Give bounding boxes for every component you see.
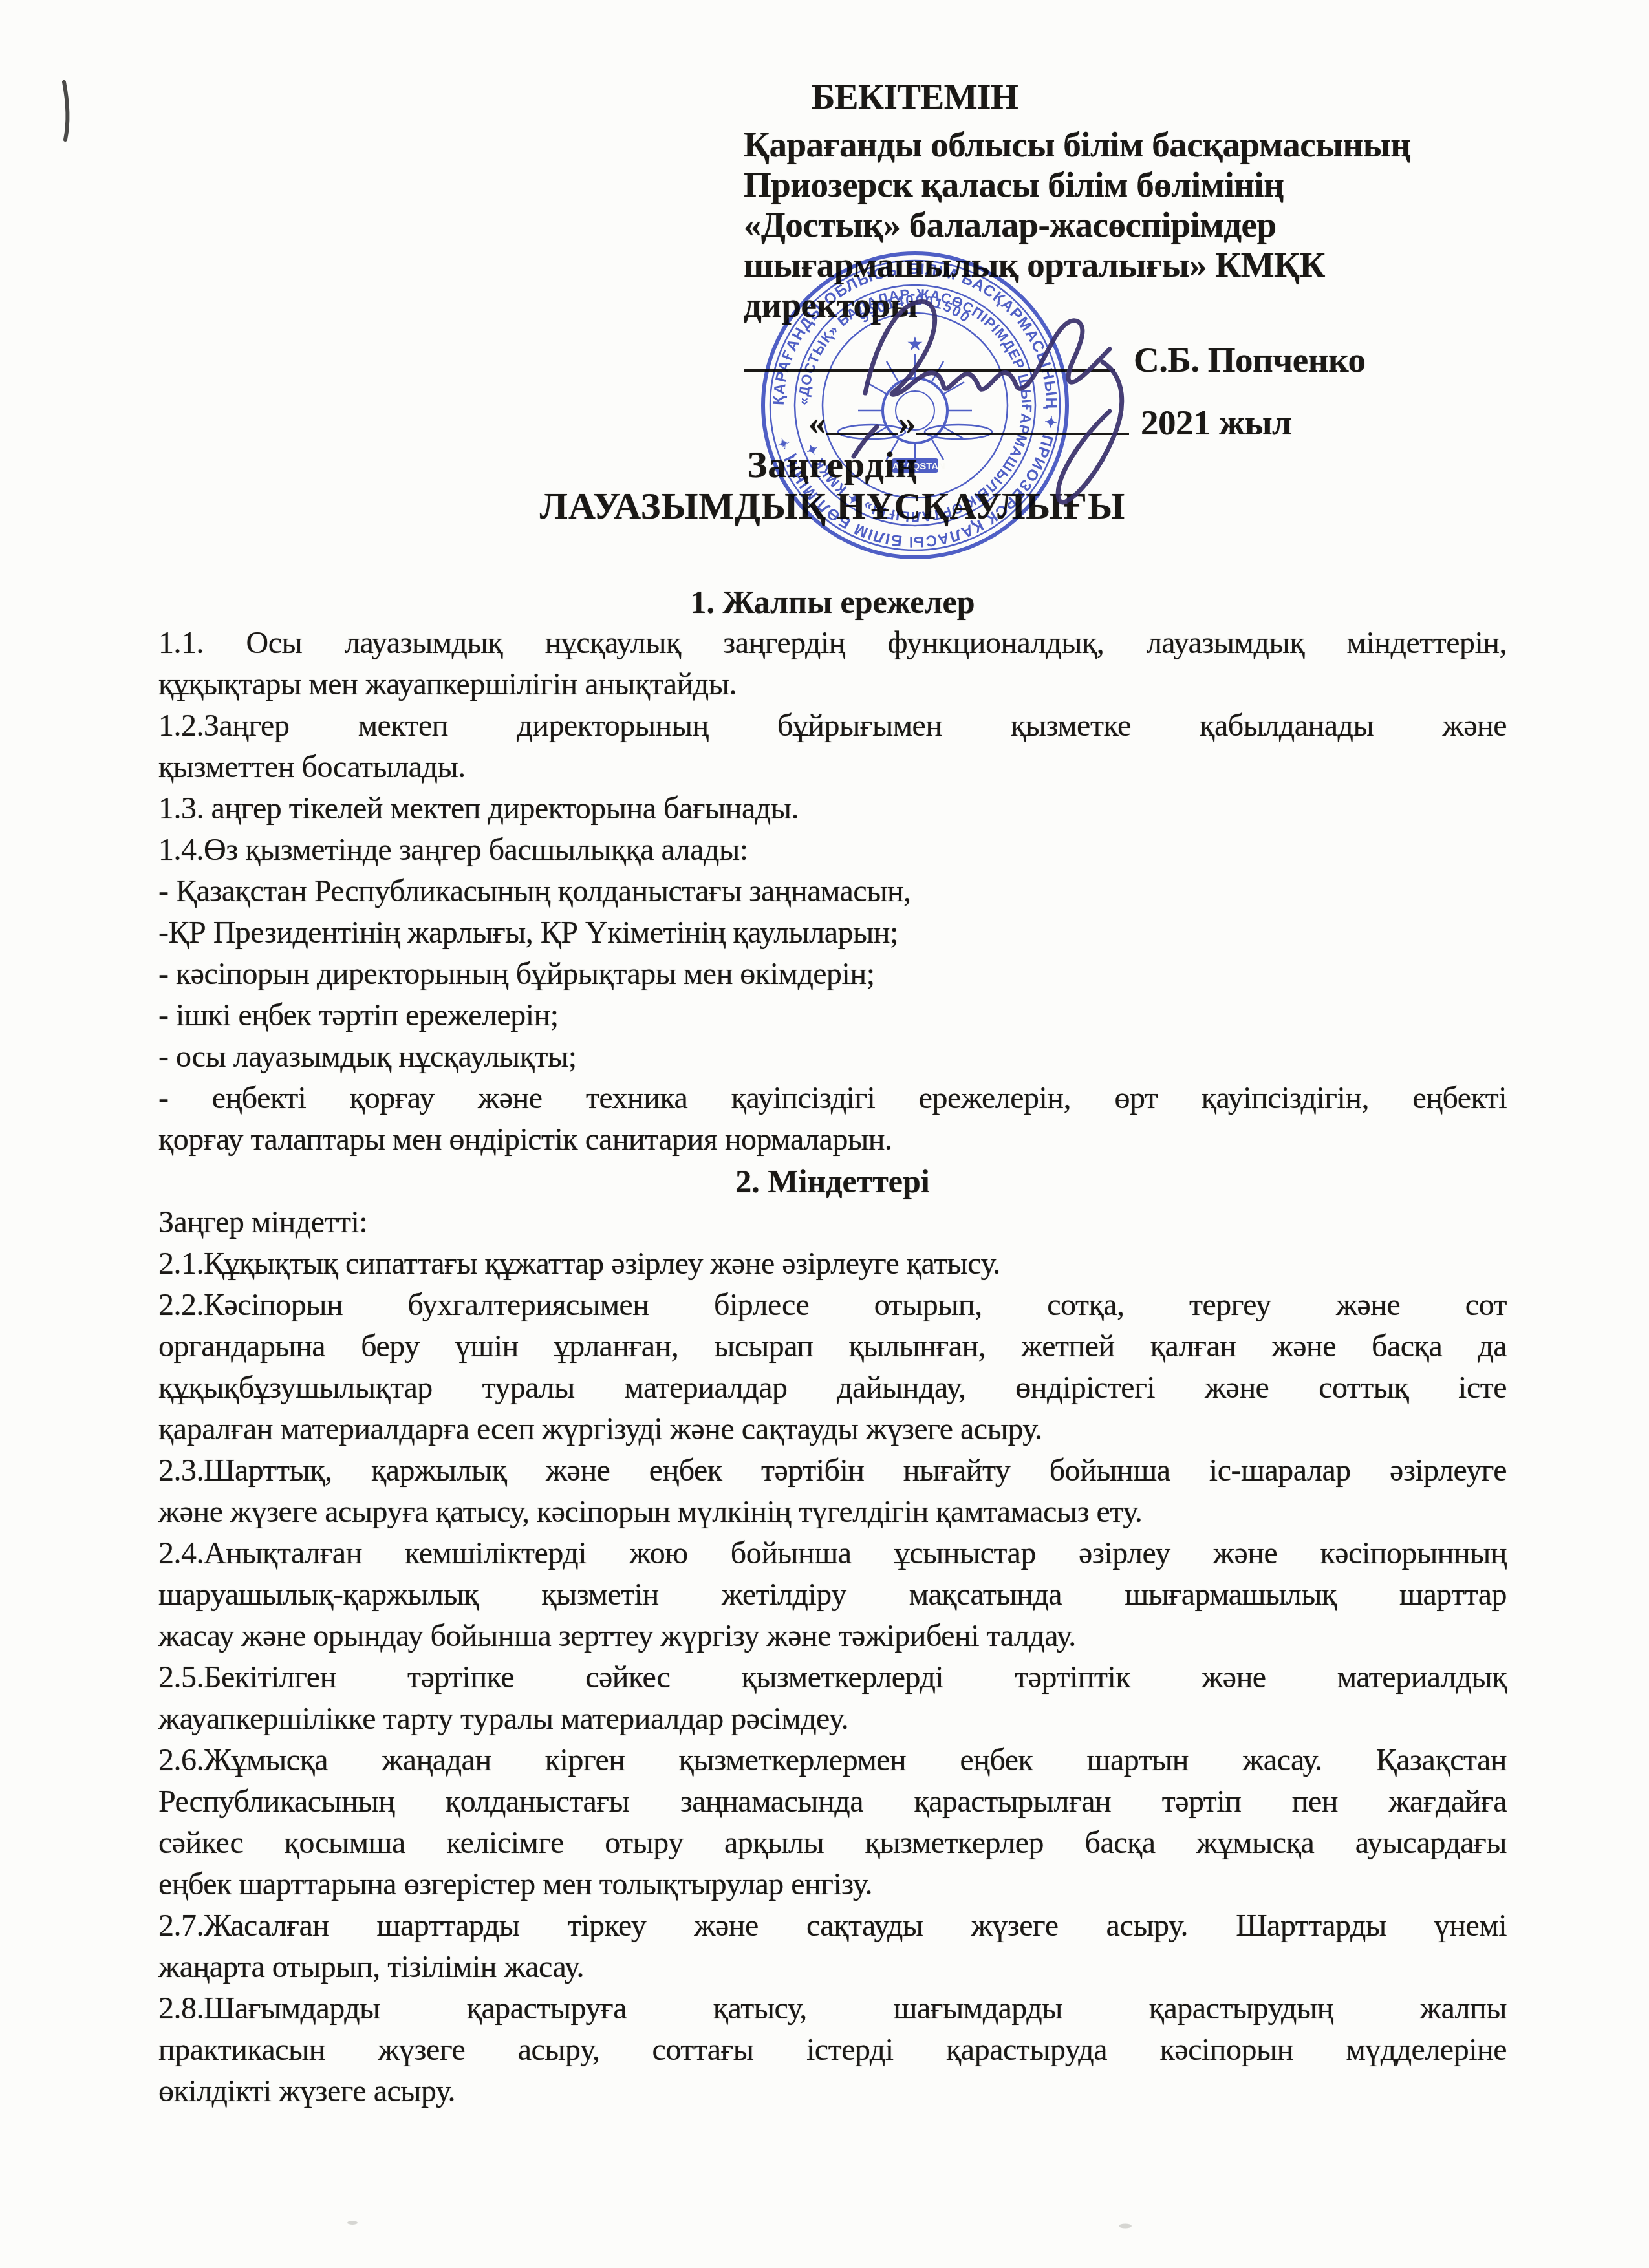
org-name-line: Приозерск қаласы білім бөлімінің [744, 165, 1578, 205]
text-line: 1.4.Өз қызметінде заңгер басшылыққа алад… [158, 829, 1507, 871]
text-line: Республикасының қолданыстағы заңнамасынд… [158, 1781, 1507, 1823]
text-line: -ҚР Президентінің жарлығы, ҚР Үкіметінің… [158, 912, 1507, 954]
text-line: - еңбекті қорғау және техника қауіпсізді… [158, 1078, 1507, 1119]
text-line: жауапкершілікке тарту туралы материалдар… [158, 1698, 1507, 1740]
text-line: 1.3. аңгер тікелей мектеп директорына ба… [158, 788, 1507, 829]
text-line: 2.8.Шағымдарды қарастыруға қатысу, шағым… [158, 1988, 1507, 2029]
text-line: 2.2.Кәсіпорын бухгалтериясымен бірлесе о… [158, 1285, 1507, 1326]
text-line: өкілдікті жүзеге асыру. [158, 2071, 1507, 2112]
svg-text:«ДОСТЫҚ» БАЛАЛАР-ЖАСӨСПІРІМДЕР: «ДОСТЫҚ» БАЛАЛАР-ЖАСӨСПІРІМДЕР ШЫҒАРМАШЫ… [795, 286, 1035, 525]
text-line: - Қазақстан Республикасының қолданыстағы… [158, 871, 1507, 912]
text-line: қаралған материалдарға есеп жүргізуді жә… [158, 1409, 1507, 1450]
document-body: 1. Жалпы ережелер1.1. Осы лауазымдық нұс… [158, 581, 1507, 2112]
text-line: құқықбұзушылықтар туралы материалдар дай… [158, 1367, 1507, 1409]
text-line: - кәсіпорын директорының бұйрықтары мен … [158, 954, 1507, 995]
text-line: сәйкес қосымша келісімге отыру арқылы қы… [158, 1823, 1507, 1864]
stamp-star-icon: ★ [907, 334, 924, 355]
text-line: Заңгер міндетті: [158, 1202, 1507, 1243]
date-year: 2021 жыл [1141, 403, 1291, 443]
text-line: 1.2.Заңгер мектеп директорының бұйрығыме… [158, 705, 1507, 747]
section-heading: 2. Міндеттері [158, 1161, 1507, 1202]
stamp-emblem-icon: ★ QAZAQSTAN [838, 334, 992, 473]
text-line: практикасын жүзеге асыру, соттағы істерд… [158, 2029, 1507, 2071]
text-line: жасау және орындау бойынша зерттеу жүргі… [158, 1616, 1507, 1657]
text-line: шаруашылық-қаржылық қызметін жетілдіру м… [158, 1574, 1507, 1616]
text-line: құқықтары мен жауапкершілігін анықтайды. [158, 664, 1507, 705]
text-line: 2.7.Жасалған шарттарды тіркеу және сақта… [158, 1905, 1507, 1947]
text-line: қызметтен босатылады. [158, 747, 1507, 788]
text-line: 2.6.Жұмысқа жаңадан кірген қызметкерлерм… [158, 1740, 1507, 1781]
text-line: жаңарта отырып, тізілімін жасау. [158, 1947, 1507, 1988]
text-line: қорғау талаптары мен өндірістік санитари… [158, 1119, 1507, 1161]
text-line: 2.5.Бекітілген тәртіпке сәйкес қызметкер… [158, 1657, 1507, 1698]
official-stamp-icon: ҚАРАҒАНДЫ ОБЛЫСЫ БІЛІМ БАСҚАРМАСЫНЫҢ ✦ П… [753, 244, 1077, 567]
scanned-document-page: БЕКІТЕМІН Қарағанды облысы білім басқарм… [0, 0, 1649, 2268]
section-heading: 1. Жалпы ережелер [158, 581, 1507, 623]
text-line: органдарына беру үшін ұрланған, ысырап қ… [158, 1326, 1507, 1367]
stamp-ring-inner-text: «ДОСТЫҚ» БАЛАЛАР-ЖАСӨСПІРІМДЕР ШЫҒАРМАШЫ… [795, 286, 1035, 525]
scan-speck-icon [347, 2221, 1132, 2229]
stamp-emblem-banner: QAZAQSTAN [885, 461, 945, 472]
text-line: 2.1.Құқықтық сипаттағы құжаттар әзірлеу … [158, 1243, 1507, 1285]
signer-name: С.Б. Попченко [1134, 340, 1365, 380]
text-line: - осы лауазымдық нұсқаулықты; [158, 1036, 1507, 1078]
text-line: - ішкі еңбек тәртіп ережелерін; [158, 995, 1507, 1036]
org-name-line: Қарағанды облысы білім басқармасының [744, 125, 1578, 165]
text-line: 2.3.Шарттық, қаржылық және еңбек тәртібі… [158, 1450, 1507, 1492]
text-line: еңбек шарттарына өзгерістер мен толықтыр… [158, 1864, 1507, 1905]
approve-label: БЕКІТЕМІН [744, 77, 1578, 117]
pen-mark-icon [64, 82, 68, 140]
org-name-line: «Достық» балалар-жасөспірімдер [744, 205, 1578, 245]
text-line: және жүзеге асыруға қатысу, кәсіпорын мү… [158, 1492, 1507, 1533]
text-line: 2.4.Анықталған кемшіліктерді жою бойынша… [158, 1533, 1507, 1574]
text-line: 1.1. Осы лауазымдық нұсқаулық заңгердің … [158, 623, 1507, 664]
